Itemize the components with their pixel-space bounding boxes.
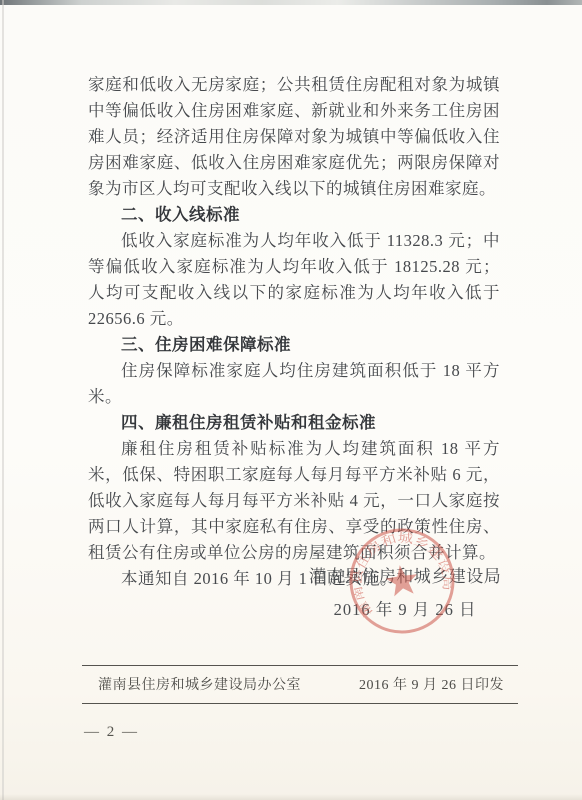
signature-organization: 灌南县住房和城乡建设局 <box>305 562 505 587</box>
signature-block: 灌南县住房和城乡建设局 2016 年 9 月 26 日 <box>305 562 505 620</box>
paragraph-housing-standard: 住房保障标准家庭人均住房建筑面积低于 18 平方米。 <box>88 358 500 410</box>
signature-date: 2016 年 9 月 26 日 <box>305 596 505 620</box>
scan-edge-top <box>0 0 582 5</box>
scanned-document-page: { "content": { "para_continuation": "家庭和… <box>0 0 582 800</box>
document-body: 家庭和低收入无房家庭；公共租赁住房配租对象为城镇中等偏低收入住房困难家庭、新就业… <box>88 72 500 592</box>
page-number: — 2 — <box>84 724 139 741</box>
paragraph-subsidy-detail: 廉租住房租赁补贴标准为人均建筑面积 18 平方米，低保、特困职工家庭每人每月每平… <box>88 436 500 566</box>
scan-edge-left <box>2 0 4 800</box>
paragraph-income-standards: 低收入家庭标准为人均年收入低于 11328.3 元；中等偏低收入家庭标准为人均年… <box>88 228 500 332</box>
scan-edge-bottom <box>0 794 582 800</box>
footer-row: 灌南县住房和城乡建设局办公室 2016 年 9 月 26 日印发 <box>82 666 518 703</box>
section-heading-subsidy: 四、廉租住房租赁补贴和租金标准 <box>88 410 500 436</box>
footer-issuer: 灌南县住房和城乡建设局办公室 <box>98 674 301 694</box>
footer-issuance-block: 灌南县住房和城乡建设局办公室 2016 年 9 月 26 日印发 <box>82 665 518 704</box>
section-heading-income: 二、收入线标准 <box>88 202 500 228</box>
paragraph-continuation: 家庭和低收入无房家庭；公共租赁住房配租对象为城镇中等偏低收入住房困难家庭、新就业… <box>88 72 500 202</box>
section-heading-housing: 三、住房困难保障标准 <box>88 332 500 358</box>
footer-print-date: 2016 年 9 月 26 日印发 <box>359 674 504 694</box>
